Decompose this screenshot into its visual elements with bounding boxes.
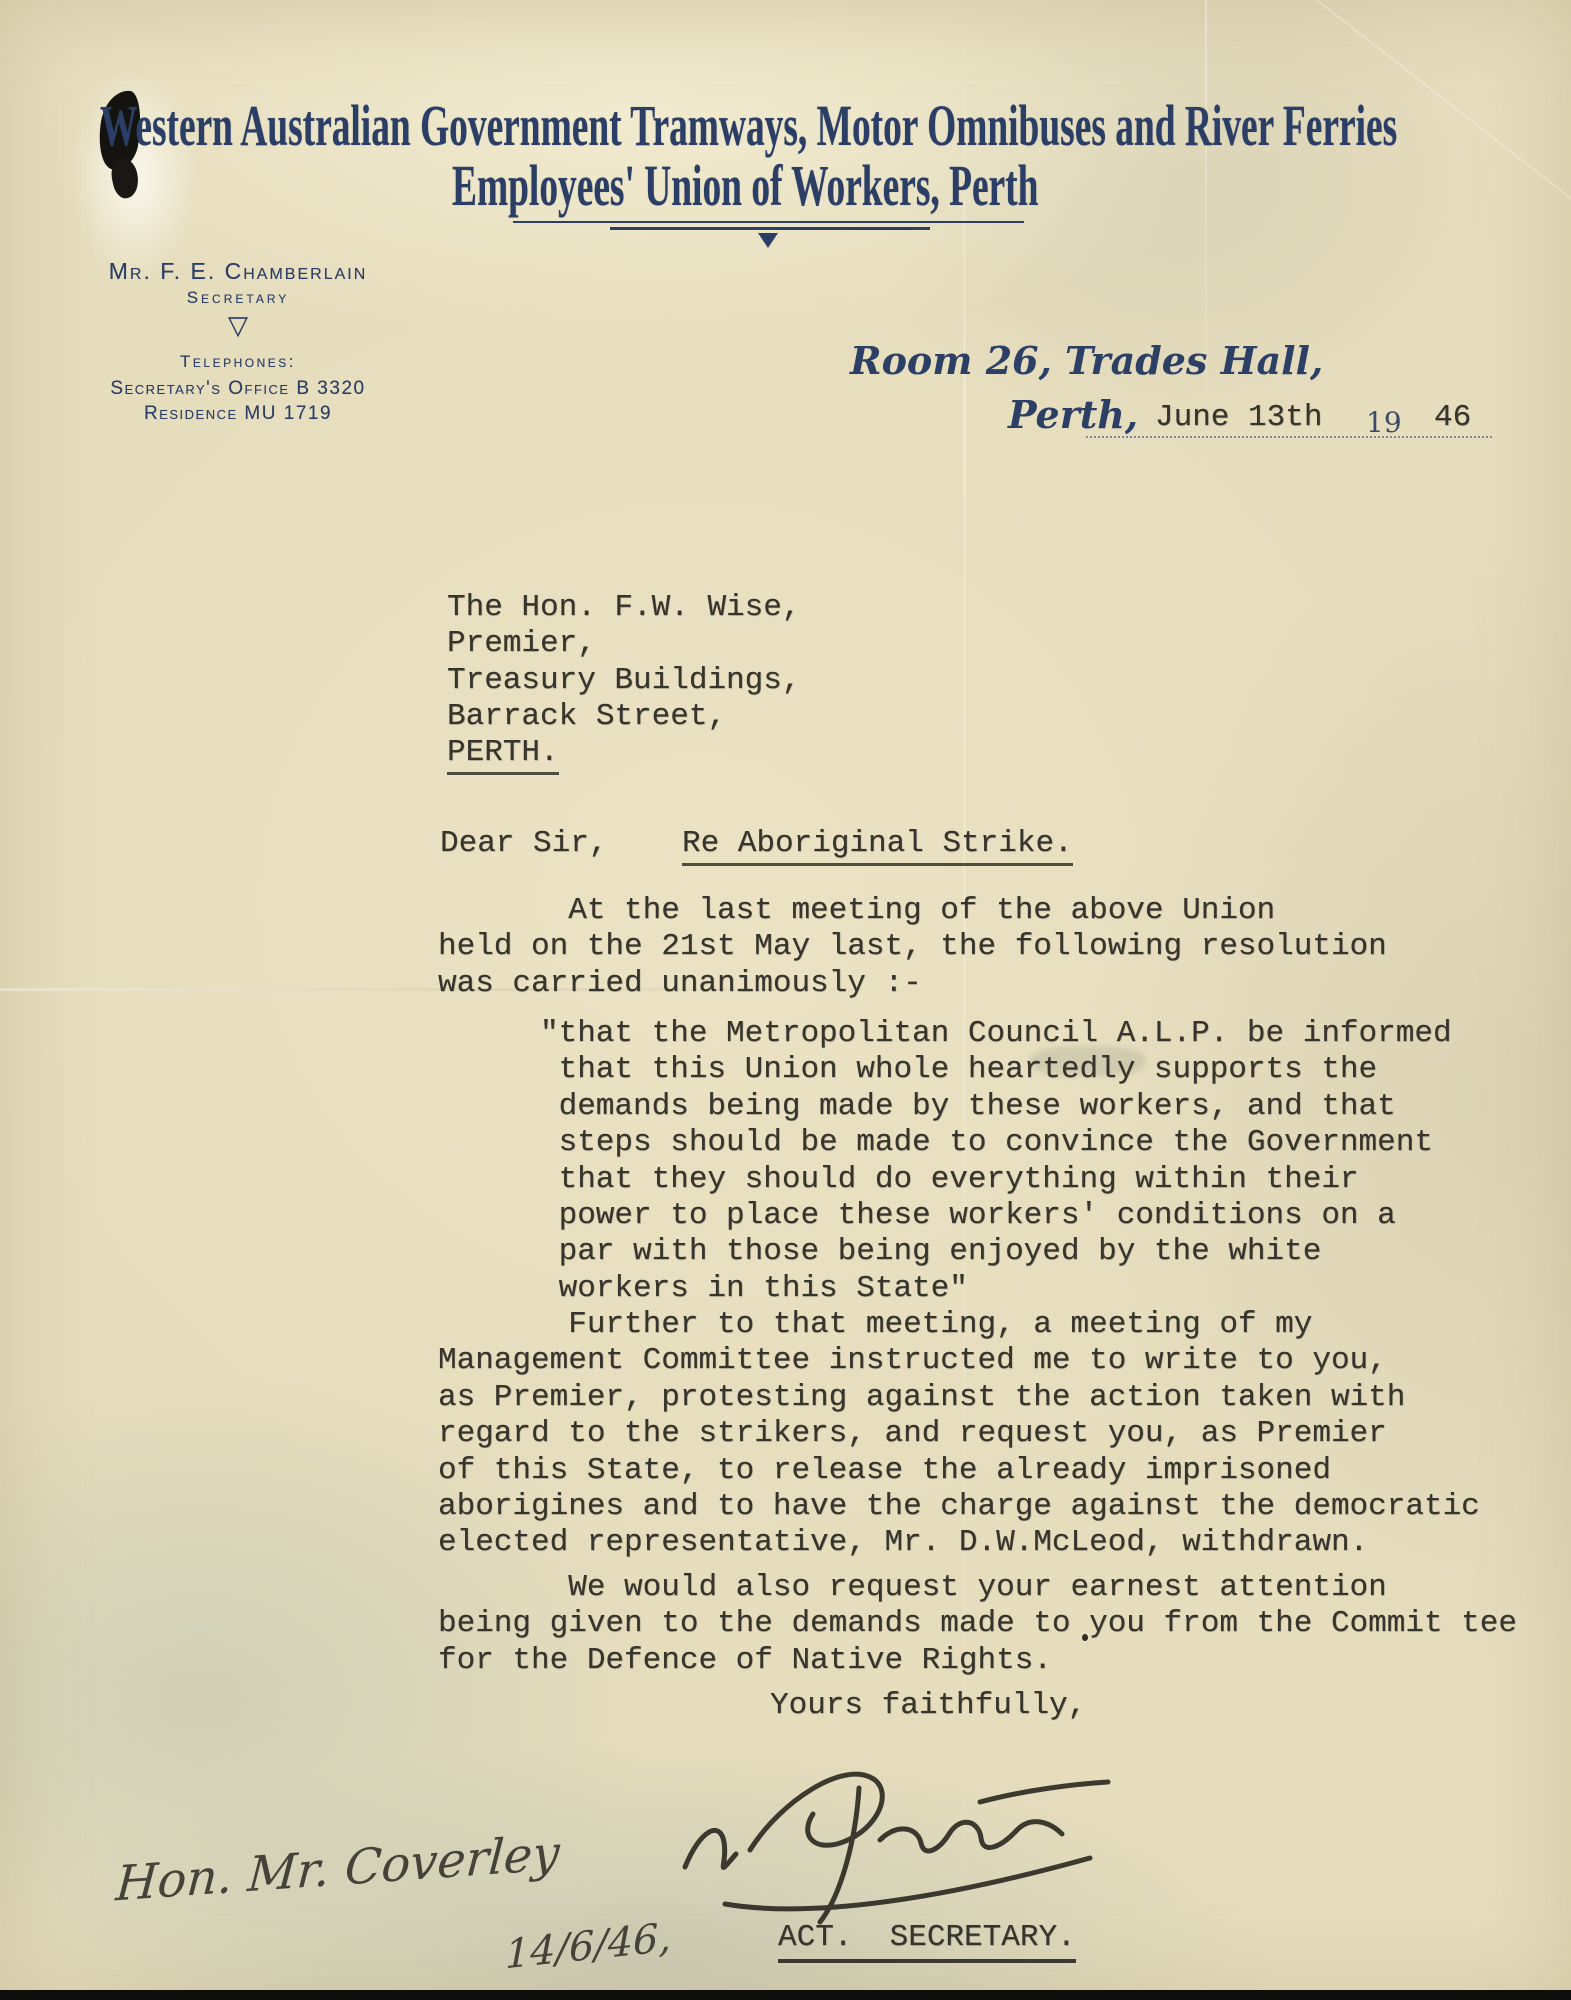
- date-typed: June 13th: [1155, 400, 1322, 436]
- letterhead-title-line2: Employees' Union of Workers, Perth: [452, 152, 1038, 219]
- letterhead-rule-thin: [513, 221, 1024, 223]
- telephone-office: Secretary's Office B 3320: [58, 378, 418, 400]
- telephones-label: Telephones:: [58, 352, 418, 372]
- paragraph-2: Further to that meeting, a meeting of my…: [438, 1307, 1480, 1562]
- sender-address: Room 26, Trades Hall,: [850, 338, 1323, 383]
- valediction: Yours faithfully,: [770, 1688, 1086, 1724]
- letter-page: Western Australian Government Tramways, …: [0, 0, 1571, 2000]
- salutation: Dear Sir,: [440, 826, 607, 862]
- telephone-residence: Residence MU 1719: [58, 403, 418, 425]
- subject-line: Re Aboriginal Strike.: [682, 826, 1073, 862]
- resolution-quote: "that the Metropolitan Council A.L.P. be…: [540, 1016, 1452, 1307]
- recipient-address: The Hon. F.W. Wise, Premier, Treasury Bu…: [447, 590, 800, 736]
- annotation-date: 14/6/46,: [505, 1915, 671, 1979]
- recipient-city-text: PERTH.: [447, 735, 559, 775]
- year-typed: 46: [1434, 400, 1471, 436]
- annotation-name: Hon. Mr. Coverley: [114, 1825, 561, 1912]
- crease-vertical-2: [1205, 0, 1207, 520]
- signer-title-line: ACT. SECRETARY.: [778, 1920, 1076, 1956]
- paragraph-3: We would also request your earnest atten…: [438, 1570, 1517, 1679]
- letterhead-rule-thick: [610, 227, 930, 230]
- handwritten-signature: [630, 1742, 1190, 1932]
- recipient-city: PERTH.: [447, 735, 559, 771]
- scan-edge: [0, 1990, 1571, 2000]
- subject-text: Re Aboriginal Strike.: [682, 826, 1073, 866]
- paragraph-1: At the last meeting of the above Union h…: [438, 893, 1387, 1002]
- signer-title-text: ACT. SECRETARY.: [778, 1920, 1076, 1963]
- year-printed: 19: [1366, 406, 1402, 439]
- down-arrow-icon: [758, 233, 778, 248]
- letterhead-title-line1: Western Australian Government Tramways, …: [100, 92, 1397, 159]
- secretary-title: Secretary: [58, 288, 418, 308]
- secretary-name: Mr. F. E. Chamberlain: [58, 258, 418, 285]
- down-triangle-icon: ▽: [58, 310, 418, 341]
